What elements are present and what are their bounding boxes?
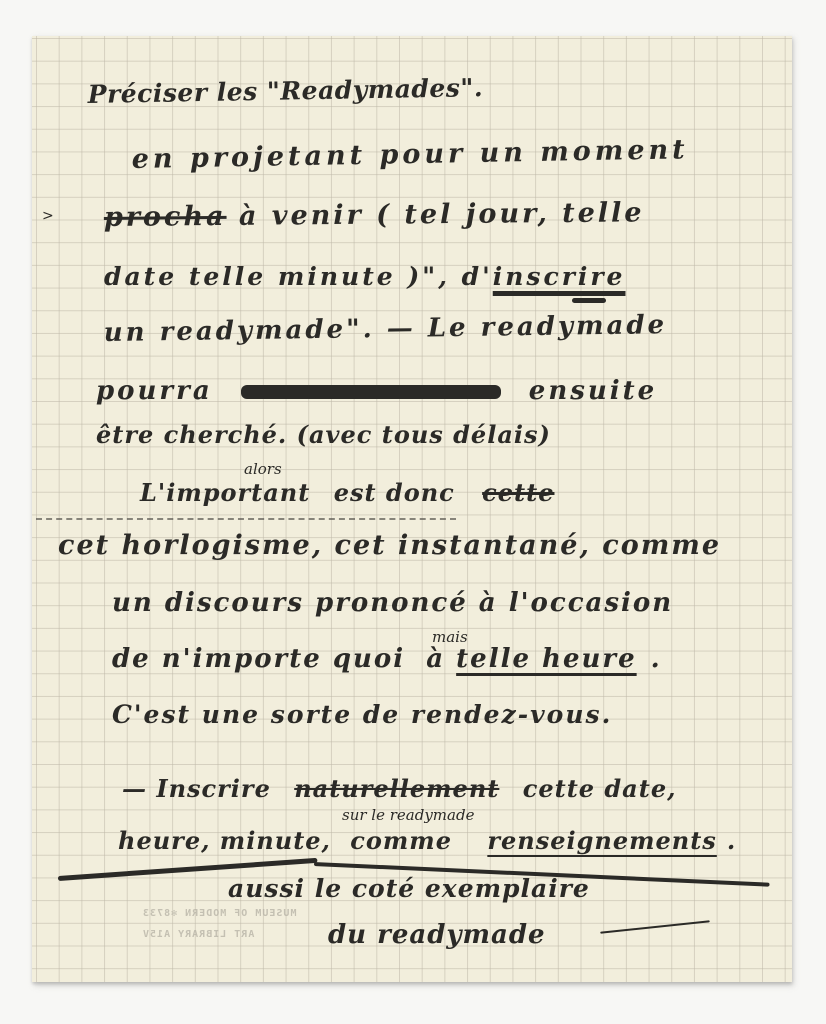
note-line-5: pourra ensuite: [96, 376, 657, 406]
note-line-8: cet horlogisme, cet instantané, comme: [58, 530, 721, 561]
manuscript-page: MUSEUM OF MODERN ✻8733 ART LIBRARY A15V …: [32, 36, 792, 982]
note-line-6: être cherché. (avec tous délais): [96, 420, 551, 449]
note-line-11: C'est une sorte de rendez-vous.: [112, 700, 612, 729]
note-line-3-text: date telle minute )", d': [104, 262, 493, 291]
flourish-stroke: [600, 920, 710, 933]
note-line-13-text-a: heure, minute,: [118, 826, 331, 855]
struck-word-naturellement: naturellement: [294, 774, 499, 803]
note-line-5-text-a: pourra: [96, 376, 213, 406]
underlined-renseignements: renseignements: [487, 826, 716, 855]
struck-word-cette: cette: [482, 478, 554, 507]
insertion-sur-le-readymade: sur le readymade: [342, 806, 474, 824]
underlined-telle-heure: telle heure: [456, 644, 637, 674]
library-stamp-line-1: MUSEUM OF MODERN ✻8733: [142, 908, 296, 919]
underlined-word-inscrire: inscrire: [493, 262, 626, 291]
note-line-13-text-b: comme: [350, 826, 452, 855]
note-line-12: — Inscrire naturellement cette date,: [122, 774, 676, 803]
struck-word: procha: [104, 201, 227, 233]
note-line-7: L'important est donc cette: [140, 478, 554, 507]
note-line-7-text-a: L'important: [140, 478, 310, 507]
scribbled-out-words: [241, 385, 501, 399]
note-line-15: du readymade: [328, 920, 546, 950]
note-line-14: aussi le coté exemplaire: [228, 874, 590, 903]
note-line-12-text-b: cette date,: [523, 774, 677, 803]
note-line-9: un discours prononcé à l'occasion: [112, 588, 673, 618]
note-line-10-period: .: [651, 644, 662, 674]
note-line-4: un readymade". — Le readymade: [104, 310, 668, 348]
note-line-10-text-b: à: [426, 644, 445, 674]
note-line-5-text-b: ensuite: [529, 376, 657, 406]
library-stamp-line-2: ART LIBRARY A15V: [142, 929, 254, 940]
note-line-7-text-b: est donc: [334, 478, 455, 507]
margin-arrow-mark: >: [42, 208, 54, 224]
note-line-12-text-a: — Inscrire: [122, 774, 271, 803]
note-line-10-text-a: de n'importe quoi: [112, 644, 405, 674]
note-line-2-text: à venir ( tel jour, telle: [239, 197, 645, 232]
note-line-1: en projetant pour un moment: [131, 134, 688, 175]
double-underline-mark: [572, 298, 606, 303]
note-line-2: procha à venir ( tel jour, telle: [104, 197, 645, 233]
note-line-3: date telle minute )", d'inscrire: [104, 262, 625, 291]
insertion-alors: alors: [244, 460, 282, 478]
note-line-13: heure, minute, comme renseignements.: [118, 826, 736, 855]
dashed-guide-line: [36, 518, 456, 520]
note-line-10: de n'importe quoi à telle heure.: [112, 644, 662, 674]
note-line-13-period: .: [727, 826, 736, 855]
note-title: Préciser les "Readymades".: [87, 73, 483, 109]
